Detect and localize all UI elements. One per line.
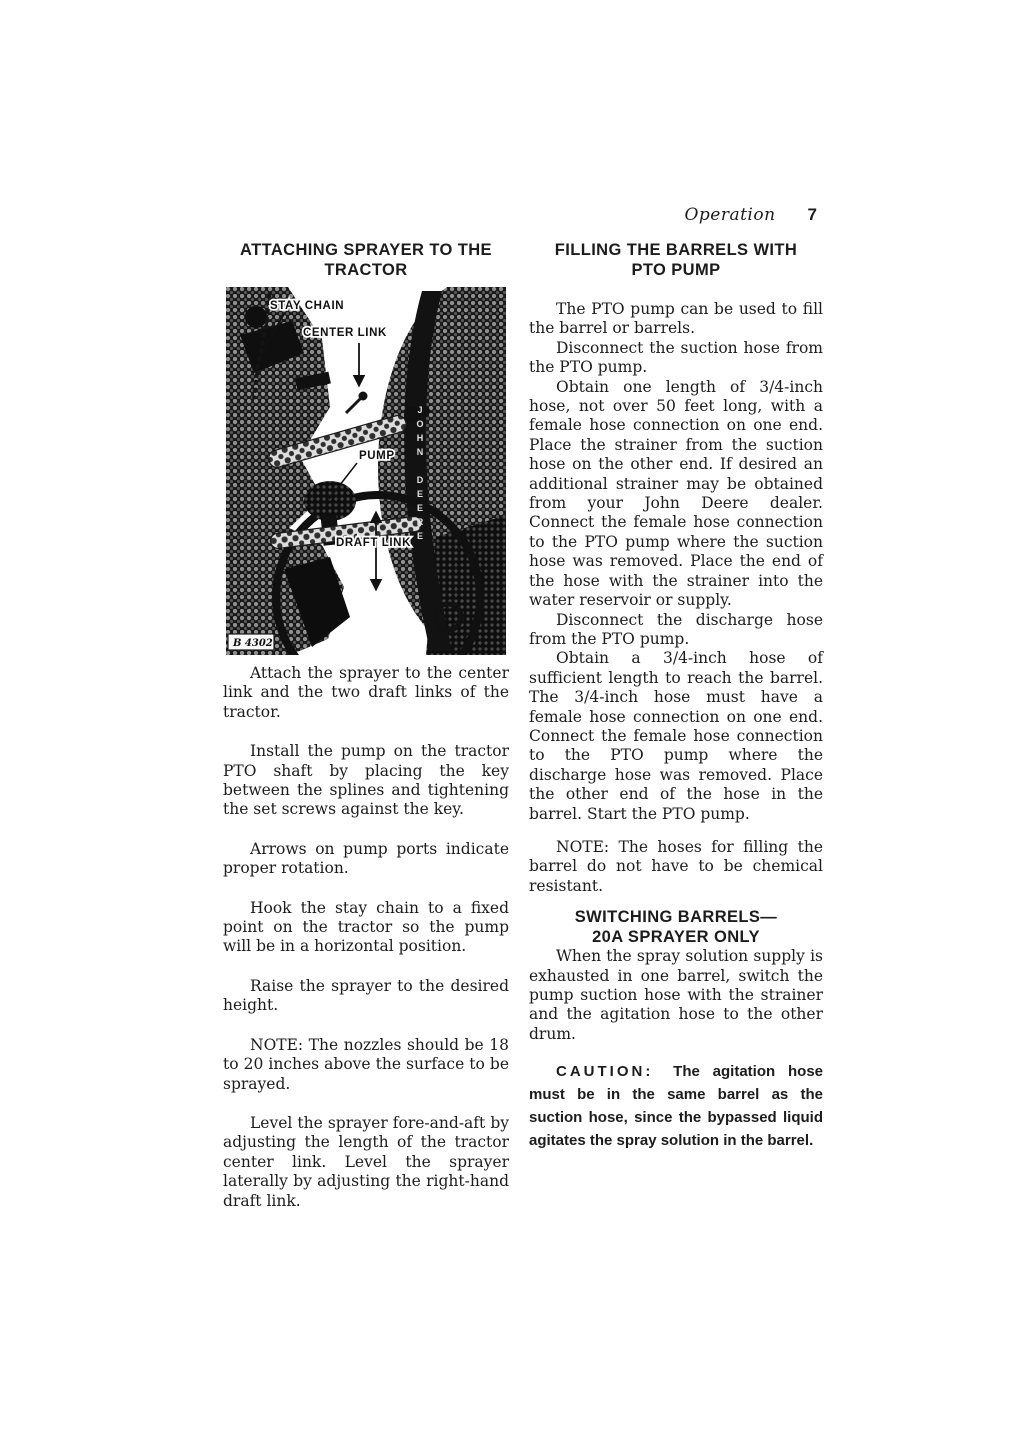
- running-header: Operation 7: [529, 205, 823, 225]
- attachment-figure: STAY CHAIN CENTER LINK PUMP DRAFT LINK B…: [226, 287, 506, 655]
- subheading-line2: 20A SPRAYER ONLY: [529, 928, 823, 948]
- left-column: ATTACHING SPRAYER TO THE TRACTOR: [223, 241, 509, 1231]
- right-section-heading: FILLING THE BARRELS WITH PTO PUMP: [529, 241, 823, 280]
- photo-label-center-link: CENTER LINK: [303, 327, 387, 339]
- paragraph: Arrows on pump ports indicate proper rot…: [223, 840, 509, 879]
- tractor-attachment-photo: STAY CHAIN CENTER LINK PUMP DRAFT LINK B…: [226, 287, 506, 655]
- note-paragraph: NOTE: The hoses for filling the barrel d…: [529, 838, 823, 896]
- left-heading-line2: TRACTOR: [223, 261, 509, 281]
- photo-label-draft-link: DRAFT LINK: [336, 537, 411, 549]
- paragraph: Obtain one length of 3/4-inch hose, not …: [529, 378, 823, 611]
- subheading-line1: SWITCHING BARRELS—: [529, 908, 823, 928]
- photo-label-pump: PUMP: [359, 450, 395, 462]
- caution-paragraph: CAUTION: The agitation hose must be in t…: [529, 1060, 823, 1152]
- note-paragraph: NOTE: The nozzles should be 18 to 20 inc…: [223, 1036, 509, 1094]
- paragraph: Obtain a 3/4-inch hose of sufficient len…: [529, 649, 823, 824]
- paragraph: The PTO pump can be used to fill the bar…: [529, 300, 823, 339]
- lever-knob-shape: [359, 392, 368, 401]
- right-column: FILLING THE BARRELS WITH PTO PUMP The PT…: [529, 241, 823, 1152]
- caution-label: CAUTION:: [556, 1063, 653, 1080]
- barrel-brand-text: JOHN DEERE: [415, 405, 425, 545]
- paragraph: Hook the stay chain to a fixed point on …: [223, 899, 509, 957]
- left-section-heading: ATTACHING SPRAYER TO THE TRACTOR: [223, 241, 509, 280]
- paragraph: Install the pump on the tractor PTO shaf…: [223, 742, 509, 820]
- paragraph: Attach the sprayer to the center link an…: [223, 664, 509, 722]
- paragraph: Level the sprayer fore-and-aft by adjust…: [223, 1114, 509, 1211]
- paragraph: Disconnect the suction hose from the PTO…: [529, 339, 823, 378]
- left-heading-line1: ATTACHING SPRAYER TO THE: [223, 241, 509, 261]
- photo-label-stay-chain: STAY CHAIN: [270, 300, 344, 312]
- right-heading-line2: PTO PUMP: [529, 261, 823, 281]
- paragraph: Disconnect the discharge hose from the P…: [529, 611, 823, 650]
- switching-barrels-heading: SWITCHING BARRELS— 20A SPRAYER ONLY: [529, 908, 823, 947]
- paragraph: Raise the sprayer to the desired height.: [223, 977, 509, 1016]
- photo-id-label: B 4302: [232, 638, 273, 649]
- manual-page: Operation 7 ATTACHING SPRAYER TO THE TRA…: [0, 0, 1024, 1449]
- right-heading-line1: FILLING THE BARRELS WITH: [529, 241, 823, 261]
- paragraph: When the spray solution supply is exhaus…: [529, 947, 823, 1044]
- page-number: 7: [808, 205, 817, 225]
- running-title: Operation: [684, 205, 775, 225]
